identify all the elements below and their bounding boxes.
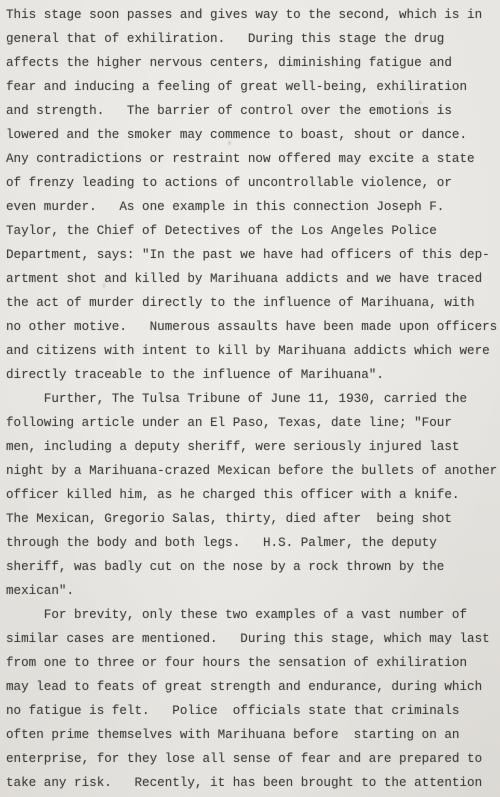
text-line: directly traceable to the influence of M… bbox=[6, 363, 498, 387]
text-line: often prime themselves with Marihuana be… bbox=[6, 723, 498, 747]
text-line: Further, The Tulsa Tribune of June 11, 1… bbox=[6, 387, 498, 411]
text-line: affects the higher nervous centers, dimi… bbox=[6, 51, 498, 75]
scan-speck bbox=[228, 141, 231, 145]
text-line: and strength. The barrier of control ove… bbox=[6, 99, 498, 123]
text-line: Department, says: "In the past we have h… bbox=[6, 243, 498, 267]
text-line: lowered and the smoker may commence to b… bbox=[6, 123, 498, 147]
text-line: following article under an El Paso, Texa… bbox=[6, 411, 498, 435]
text-line: Any contradictions or restraint now offe… bbox=[6, 147, 498, 171]
text-line: take any risk. Recently, it has been bro… bbox=[6, 771, 498, 795]
text-line: of frenzy leading to actions of uncontro… bbox=[6, 171, 498, 195]
text-line: sheriff, was badly cut on the nose by a … bbox=[6, 555, 498, 579]
text-line: Taylor, the Chief of Detectives of the L… bbox=[6, 219, 498, 243]
text-line: The Mexican, Gregorio Salas, thirty, die… bbox=[6, 507, 498, 531]
text-line: artment shot and killed by Marihuana add… bbox=[6, 267, 498, 291]
text-line: through the body and both legs. H.S. Pal… bbox=[6, 531, 498, 555]
scan-speck bbox=[103, 283, 105, 288]
text-line: similar cases are mentioned. During this… bbox=[6, 627, 498, 651]
text-line: even murder. As one example in this conn… bbox=[6, 195, 498, 219]
text-line: from one to three or four hours the sens… bbox=[6, 651, 498, 675]
text-line: may lead to feats of great strength and … bbox=[6, 675, 498, 699]
scan-speck bbox=[419, 101, 422, 104]
text-line: no fatigue is felt. Police officials sta… bbox=[6, 699, 498, 723]
text-line: the act of murder directly to the influe… bbox=[6, 291, 498, 315]
text-line: For brevity, only these two examples of … bbox=[6, 603, 498, 627]
text-line: fear and inducing a feeling of great wel… bbox=[6, 75, 498, 99]
text-line: officer killed him, as he charged this o… bbox=[6, 483, 498, 507]
text-line: This stage soon passes and gives way to … bbox=[6, 3, 498, 27]
text-line: men, including a deputy sheriff, were se… bbox=[6, 435, 498, 459]
text-line: night by a Marihuana-crazed Mexican befo… bbox=[6, 459, 498, 483]
text-line: and citizens with intent to kill by Mari… bbox=[6, 339, 498, 363]
text-line: mexican". bbox=[6, 579, 498, 603]
text-line: no other motive. Numerous assaults have … bbox=[6, 315, 498, 339]
document-page: This stage soon passes and gives way to … bbox=[0, 0, 500, 797]
text-line: enterprise, for they lose all sense of f… bbox=[6, 747, 498, 771]
text-line: general that of exhiliration. During thi… bbox=[6, 27, 498, 51]
scan-speck bbox=[183, 637, 186, 641]
